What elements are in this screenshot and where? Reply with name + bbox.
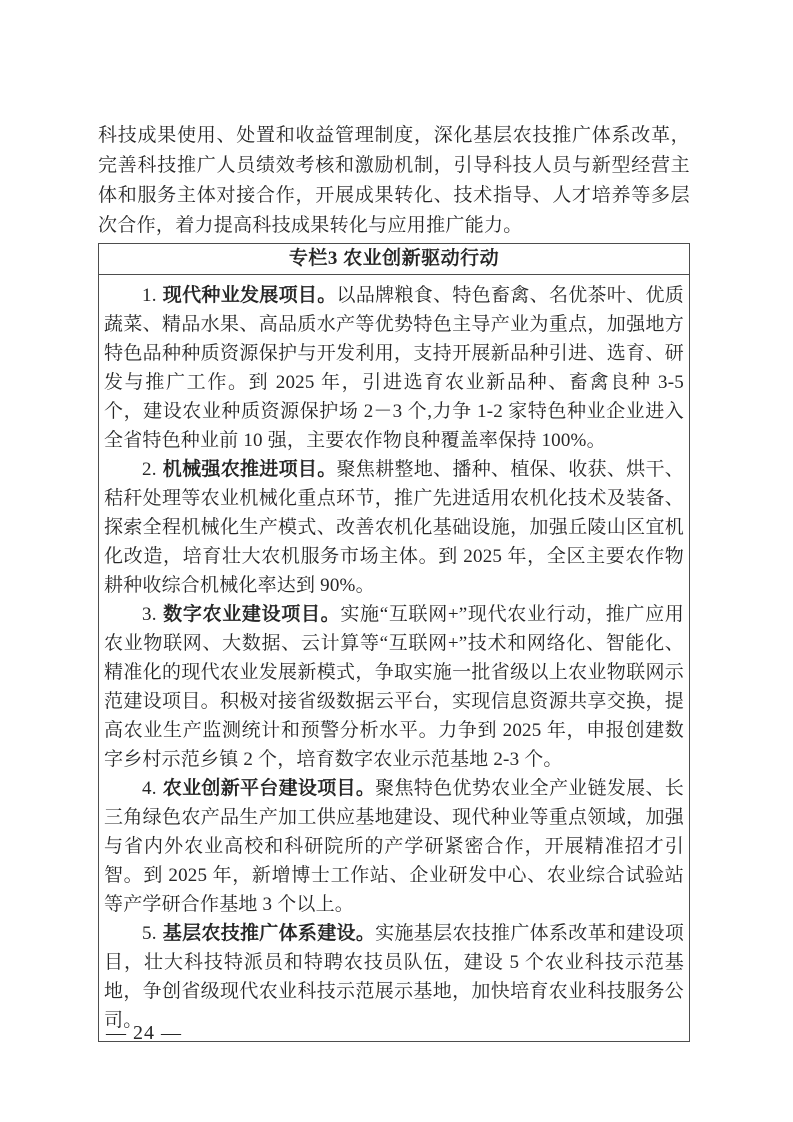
item-number: 1. [142,285,157,306]
item-heading: 现代种业发展项目。 [163,285,337,306]
column-box-body: 1.现代种业发展项目。以品牌粮食、特色畜禽、名优茶叶、优质蔬菜、精品水果、高品质… [99,275,689,1041]
item-heading: 机械强农推进项目。 [163,459,337,480]
item-heading: 农业创新平台建设项目。 [163,778,376,799]
column-item: 2.机械强农推进项目。聚焦耕整地、播种、植保、收获、烘干、秸秆处理等农业机械化重… [104,455,684,600]
column-item: 1.现代种业发展项目。以品牌粮食、特色畜禽、名优茶叶、优质蔬菜、精品水果、高品质… [104,281,684,455]
column-box: 专栏3 农业创新驱动行动 1.现代种业发展项目。以品牌粮食、特色畜禽、名优茶叶、… [98,243,690,1042]
item-number: 4. [142,778,157,799]
item-number: 2. [142,459,157,480]
column-item: 5.基层农技推广体系建设。实施基层农技推广体系改革和建设项目，壮大科技特派员和特… [104,919,684,1035]
page-content: 科技成果使用、处置和收益管理制度，深化基层农技推广体系改革，完善科技推广人员绩效… [98,121,690,1042]
item-number: 5. [142,923,157,944]
column-item: 4.农业创新平台建设项目。聚焦特色优势农业全产业链发展、长三角绿色农产品生产加工… [104,774,684,919]
column-box-title: 专栏3 农业创新驱动行动 [99,244,689,275]
item-heading: 基层农技推广体系建设。 [163,923,376,944]
item-body: 实施“互联网+”现代农业行动，推广应用农业物联网、大数据、云计算等“互联网+”技… [104,604,684,770]
page-number: — 24 — [106,1022,182,1045]
item-number: 3. [142,604,157,625]
column-item: 3.数字农业建设项目。实施“互联网+”现代农业行动，推广应用农业物联网、大数据、… [104,600,684,774]
item-heading: 数字农业建设项目。 [163,604,341,625]
item-body: 以品牌粮食、特色畜禽、名优茶叶、优质蔬菜、精品水果、高品质水产等优势特色主导产业… [104,285,684,451]
intro-paragraph: 科技成果使用、处置和收益管理制度，深化基层农技推广体系改革，完善科技推广人员绩效… [98,121,690,241]
document-page: 科技成果使用、处置和收益管理制度，深化基层农技推广体系改革，完善科技推广人员绩效… [0,0,793,1122]
